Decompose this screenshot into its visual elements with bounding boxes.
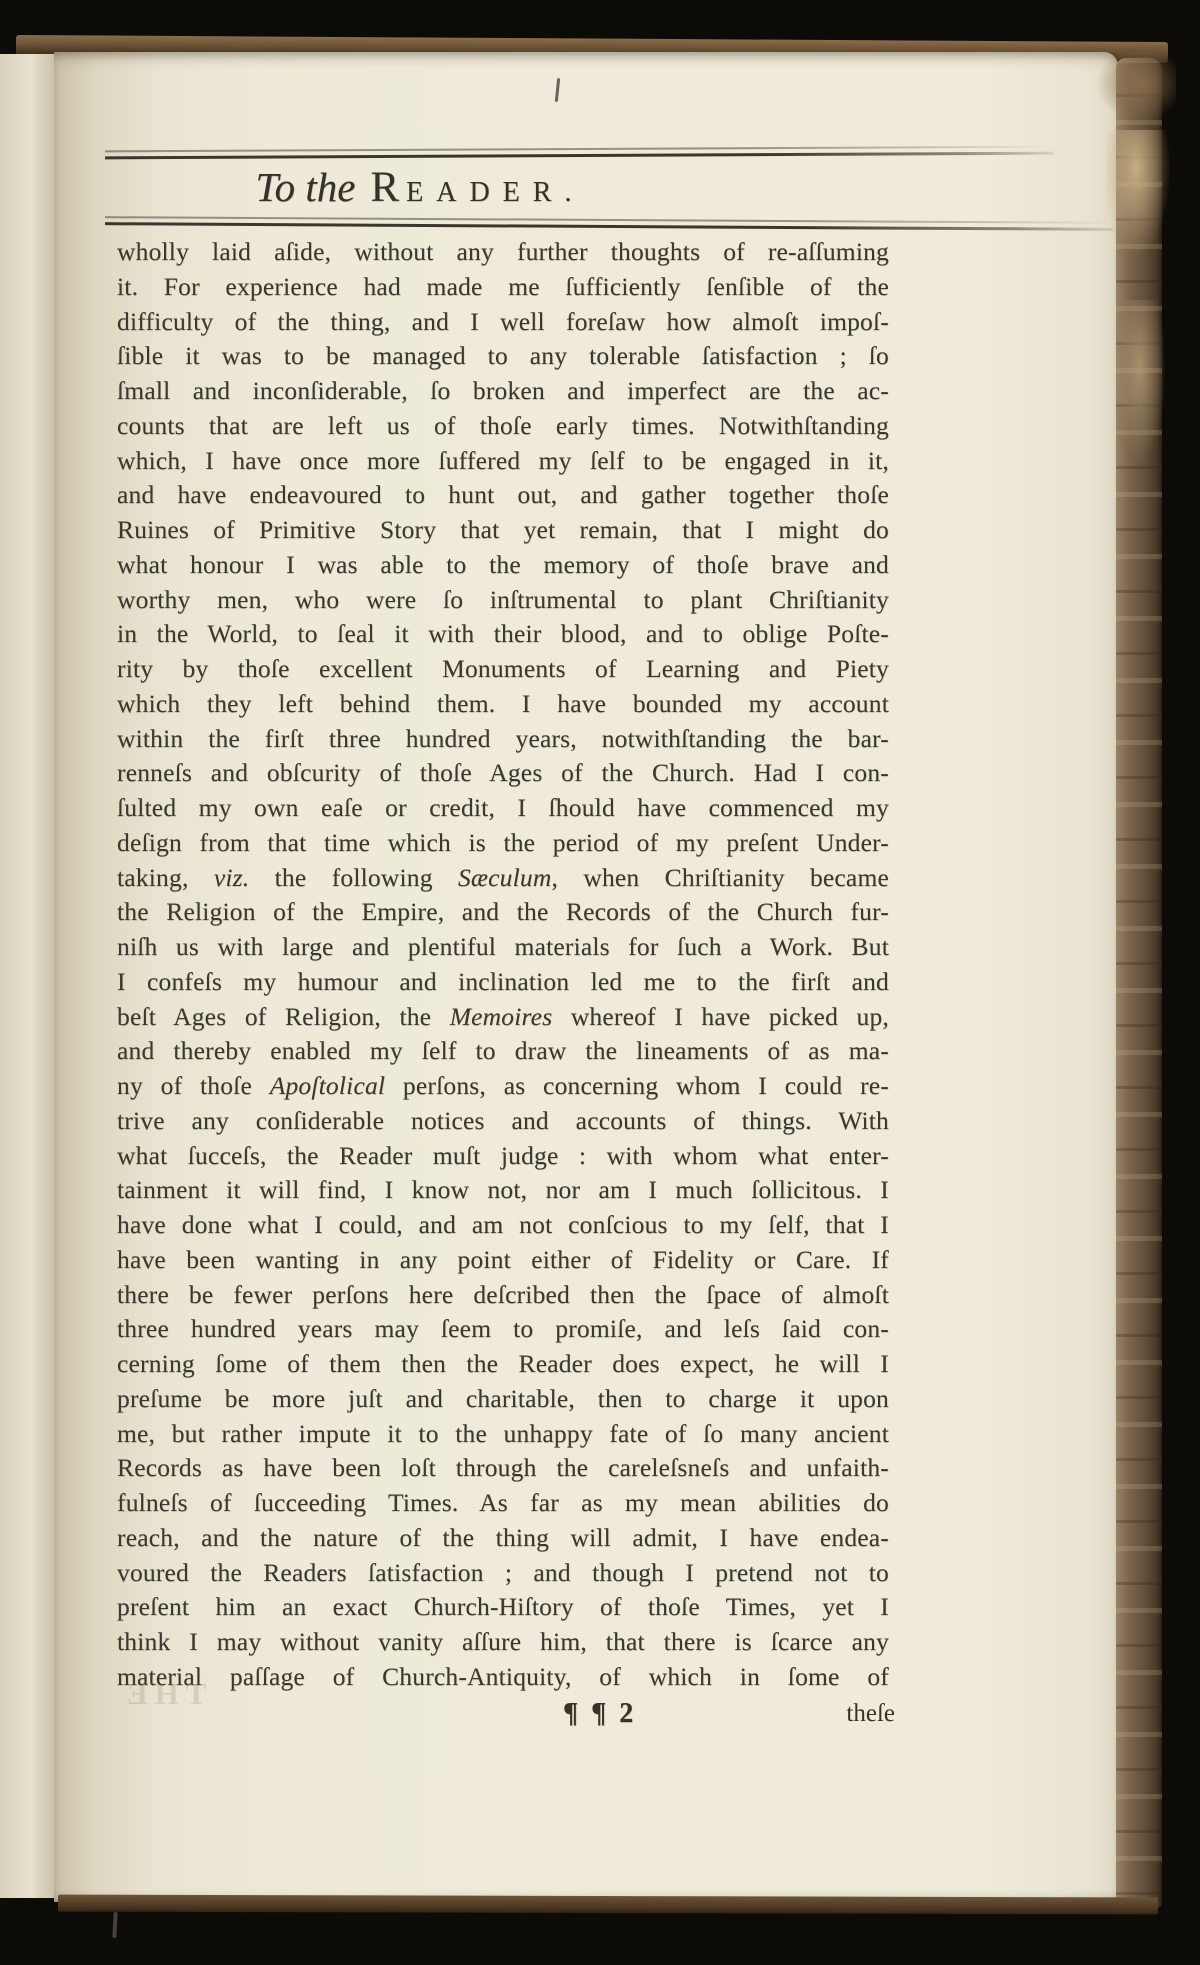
title-initial-cap: R bbox=[370, 164, 399, 211]
text-line: voured the Readers ſatisfaction ; and th… bbox=[117, 1556, 889, 1591]
page-edge-stack bbox=[1116, 58, 1162, 1908]
text-line: preſume be more juſt and charitable, the… bbox=[117, 1382, 889, 1417]
title-italic-part: To the bbox=[256, 164, 356, 210]
title-spaced-caps: EADER. bbox=[406, 177, 584, 208]
text-line: and thereby enabled my ſelf to draw the … bbox=[117, 1034, 889, 1069]
text-line: Records as have been loſt through the ca… bbox=[117, 1451, 889, 1486]
text-line: cerning ſome of them then the Reader doe… bbox=[117, 1347, 889, 1382]
ink-mark bbox=[112, 1912, 117, 1938]
book-scan-photo: { "header": { "italic": "To the", "initi… bbox=[0, 0, 1200, 1965]
text-line: me, but rather impute it to the unhappy … bbox=[117, 1417, 889, 1452]
text-line: it. For experience had made me ſufficien… bbox=[117, 270, 889, 305]
text-line: worthy men, who were ſo inſtrumental to … bbox=[117, 583, 889, 618]
facing-page-edge bbox=[0, 54, 56, 1898]
text-line: and have endeavoured to hunt out, and ga… bbox=[117, 478, 889, 513]
book-cover-bottom-edge bbox=[58, 1895, 1158, 1915]
text-line: within the firſt three hundred years, no… bbox=[117, 722, 889, 757]
text-line: have done what I could, and am not conſc… bbox=[117, 1208, 889, 1243]
text-line: counts that are left us of thoſe early t… bbox=[117, 409, 889, 444]
text-line: think I may without vanity aſſure him, t… bbox=[117, 1625, 889, 1660]
text-line: I confeſs my humour and inclination led … bbox=[117, 965, 889, 1000]
page-title: To theREADER. bbox=[105, 163, 735, 219]
text-line: difficulty of the thing, and I well fore… bbox=[117, 305, 889, 340]
text-line: trive any conſiderable notices and accou… bbox=[117, 1104, 889, 1139]
text-line: which they left behind them. I have boun… bbox=[117, 687, 889, 722]
text-line: Ruines of Primitive Story that yet remai… bbox=[117, 513, 889, 548]
text-line: material paſſage of Church-Antiquity, of… bbox=[117, 1660, 889, 1695]
text-line: what honour I was able to the memory of … bbox=[117, 548, 889, 583]
text-line: the Religion of the Empire, and the Reco… bbox=[117, 895, 889, 930]
text-line: preſent him an exact Church-Hiſtory of t… bbox=[117, 1590, 889, 1625]
text-line: beſt Ages of Religion, the Memoires wher… bbox=[117, 1000, 889, 1035]
text-line: ſmall and inconſiderable, ſo broken and … bbox=[117, 374, 889, 409]
text-line: in the World, to ſeal it with their bloo… bbox=[117, 617, 889, 652]
text-line: deſign from that time which is the perio… bbox=[117, 826, 889, 861]
text-line: tainment it will find, I know not, nor a… bbox=[117, 1173, 889, 1208]
text-line: three hundred years may ſeem to promiſe,… bbox=[117, 1312, 889, 1347]
catchword: theſe bbox=[846, 1700, 895, 1728]
text-line: ſible it was to be managed to any tolera… bbox=[117, 339, 889, 374]
text-line: wholly laid aſide, without any further t… bbox=[117, 235, 889, 270]
text-line: renneſs and obſcurity of thoſe Ages of t… bbox=[117, 756, 889, 791]
text-line: niſh us with large and plentiful materia… bbox=[117, 930, 889, 965]
page-footer: ¶ ¶ 2 theſe bbox=[117, 1698, 895, 1734]
text-line: there be fewer perſons here deſcribed th… bbox=[117, 1278, 889, 1313]
body-text: wholly laid aſide, without any further t… bbox=[117, 235, 889, 1695]
text-line: ſulted my own eaſe or credit, I ſhould h… bbox=[117, 791, 889, 826]
text-line: ny of thoſe Apoſtolical perſons, as conc… bbox=[117, 1069, 889, 1104]
text-line: what ſucceſs, the Reader muſt judge : wi… bbox=[117, 1139, 889, 1174]
bleedthrough-text: THE bbox=[120, 1676, 206, 1712]
text-line: rity by thoſe excellent Monuments of Lea… bbox=[117, 652, 889, 687]
text-line: reach, and the nature of the thing will … bbox=[117, 1521, 889, 1556]
text-line: taking, viz. the following Sæculum, when… bbox=[117, 861, 889, 896]
signature-mark: ¶ ¶ 2 bbox=[563, 1698, 636, 1730]
text-line: which, I have once more ſuffered my ſelf… bbox=[117, 444, 889, 479]
text-line: fulneſs of ſucceeding Times. As far as m… bbox=[117, 1486, 889, 1521]
text-line: have been wanting in any point either of… bbox=[117, 1243, 889, 1278]
